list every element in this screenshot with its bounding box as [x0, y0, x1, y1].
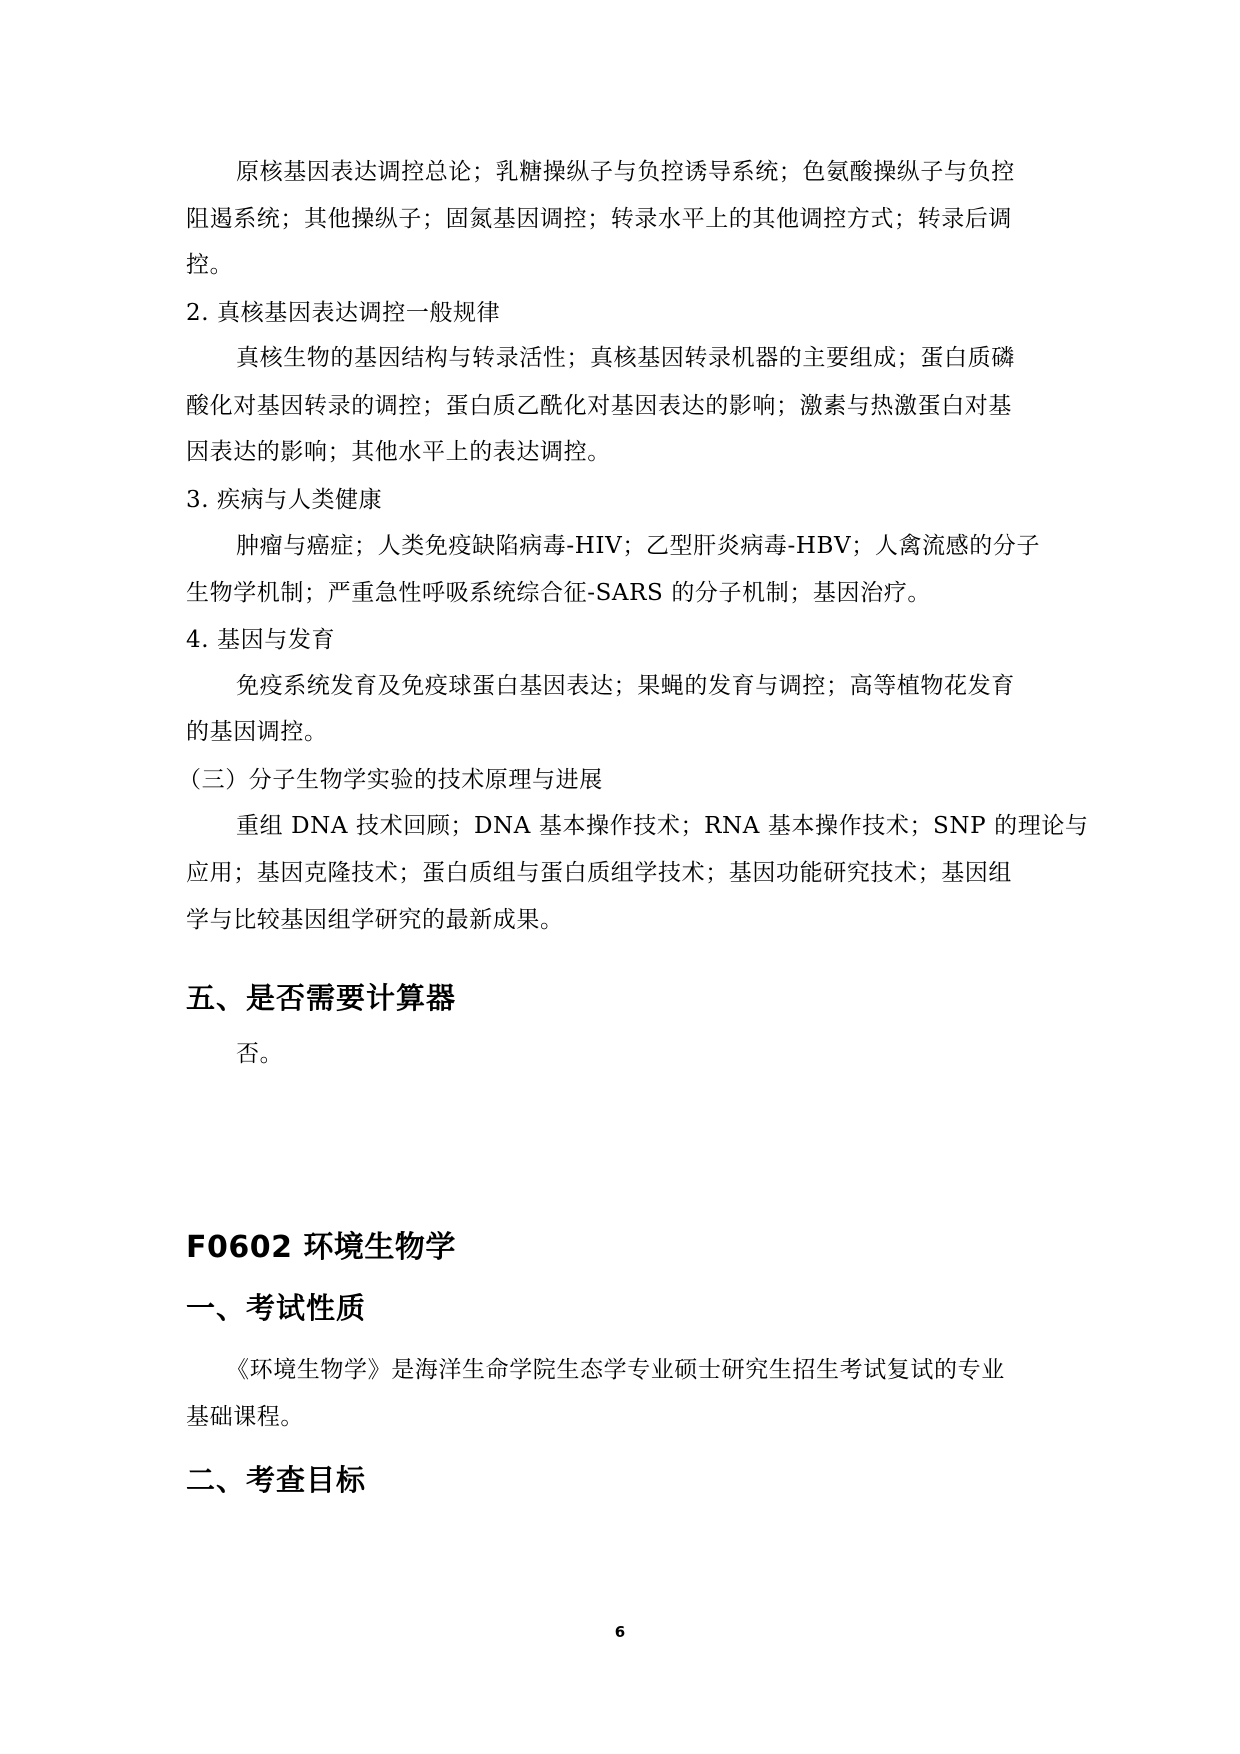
section-heading: 一、考试性质 [186, 1290, 366, 1326]
section-heading: 五、是否需要计算器 [186, 980, 456, 1016]
paragraph-line: 《环境生物学》是海洋生命学院生态学专业硕士研究生招生考试复试的专业 [226, 1355, 1040, 1385]
paragraph-line: 原核基因表达调控总论；乳糖操纵子与负控诱导系统；色氨酸操纵子与负控 [236, 157, 1050, 187]
subsection-heading: （三）分子生物学实验的技术原理与进展 [178, 765, 1042, 795]
paragraph-line: 应用；基因克隆技术；蛋白质组与蛋白质组学技术；基因功能研究技术；基因组 [186, 858, 1050, 888]
page-number: 6 [0, 1622, 1240, 1642]
paragraph-line: 学与比较基因组学研究的最新成果。 [186, 905, 1050, 935]
paragraph-line: 肿瘤与癌症；人类免疫缺陷病毒-HIV；乙型肝炎病毒-HBV；人禽流感的分子 [236, 531, 1050, 561]
paragraph-line: 控。 [186, 250, 1050, 280]
paragraph-line: 基础课程。 [186, 1402, 1050, 1432]
paragraph-line: 否。 [236, 1039, 1050, 1069]
list-item-heading: 3. 疾病与人类健康 [186, 485, 1050, 515]
paragraph-line: 的基因调控。 [186, 717, 1050, 747]
paragraph-line: 重组 DNA 技术回顾；DNA 基本操作技术；RNA 基本操作技术；SNP 的理… [236, 811, 1050, 841]
paragraph-line: 生物学机制；严重急性呼吸系统综合征-SARS 的分子机制；基因治疗。 [186, 578, 1050, 608]
document-page: 原核基因表达调控总论；乳糖操纵子与负控诱导系统；色氨酸操纵子与负控 阻遏系统；其… [0, 0, 1240, 1754]
paragraph-line: 免疫系统发育及免疫球蛋白基因表达；果蝇的发育与调控；高等植物花发育 [236, 671, 1050, 701]
paragraph-line: 酸化对基因转录的调控；蛋白质乙酰化对基因表达的影响；激素与热激蛋白对基 [186, 391, 1050, 421]
paragraph-line: 因表达的影响；其他水平上的表达调控。 [186, 437, 1050, 467]
list-item-heading: 4. 基因与发育 [186, 625, 1050, 655]
section-heading: 二、考查目标 [186, 1462, 366, 1498]
paragraph-line: 阻遏系统；其他操纵子；固氮基因调控；转录水平上的其他调控方式；转录后调 [186, 204, 1050, 234]
course-title: F0602 环境生物学 [186, 1229, 456, 1267]
list-item-heading: 2. 真核基因表达调控一般规律 [186, 298, 1050, 328]
paragraph-line: 真核生物的基因结构与转录活性；真核基因转录机器的主要组成；蛋白质磷 [236, 343, 1050, 373]
